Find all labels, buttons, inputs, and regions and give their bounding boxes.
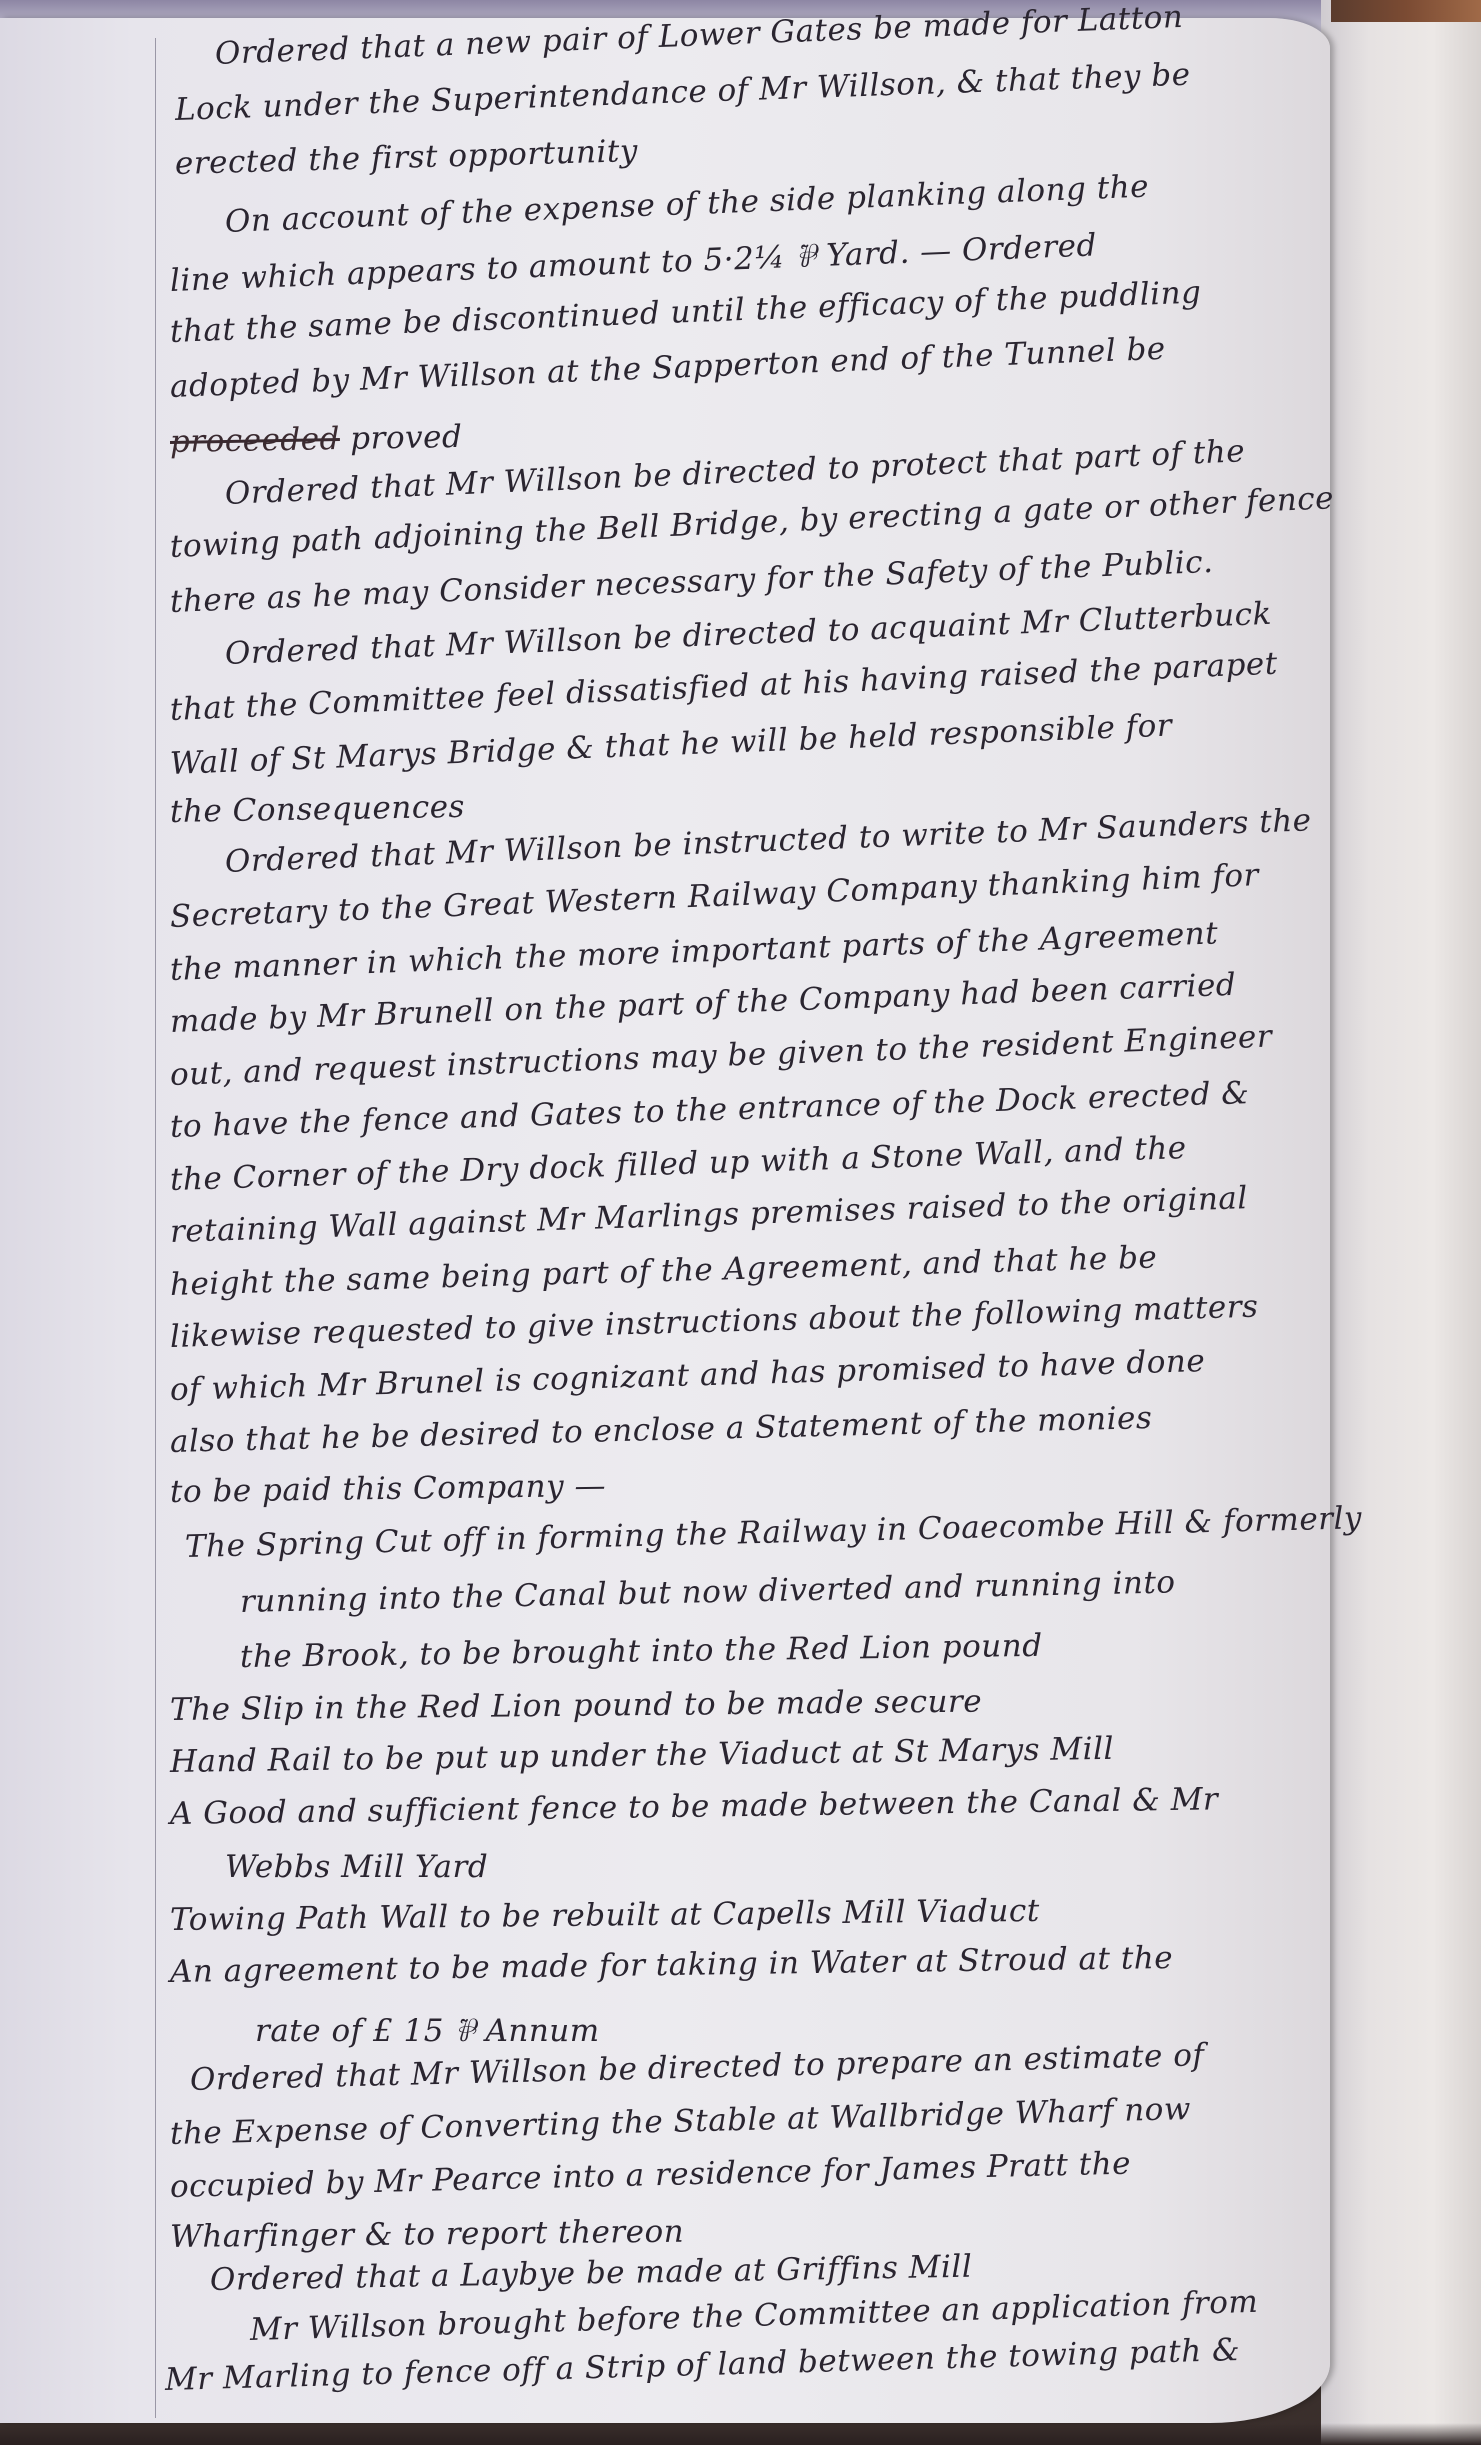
- manuscript-line: Towing Path Wall to be rebuilt at Capell…: [170, 1893, 1040, 1938]
- manuscript-line: Wharfinger & to report thereon: [170, 2214, 684, 2255]
- manuscript-line: to be paid this Company —: [170, 1468, 606, 1510]
- manuscript-line: A Good and sufficient fence to be made b…: [170, 1781, 1219, 1832]
- manuscript-line: of which Mr Brunel is cognizant and has …: [169, 1343, 1205, 1408]
- manuscript-line: rate of £ 15 ⅌ Annum: [255, 2009, 600, 2051]
- manuscript-line: the Brook, to be brought into the Red Li…: [240, 1628, 1043, 1675]
- manuscript-line: height the same being part of the Agreem…: [169, 1239, 1157, 1303]
- manuscript-line: likewise requested to give instructions …: [169, 1289, 1258, 1355]
- margin-rule: [155, 38, 156, 2418]
- manuscript-line: the Consequences: [170, 789, 466, 830]
- manuscript-line: running into the Canal but now diverted …: [240, 1564, 1176, 1620]
- background-bottom-shadow: [0, 2423, 1481, 2445]
- adjacent-page-edge: [1321, 0, 1481, 2445]
- manuscript-line: An agreement to be made for taking in Wa…: [170, 1940, 1174, 1990]
- manuscript-line: proceeded proved: [170, 419, 463, 460]
- manuscript-page: Ordered that a new pair of Lower Gates b…: [0, 18, 1330, 2423]
- book-cover-corner: [1331, 0, 1481, 22]
- manuscript-line: the Expense of Converting the Stable at …: [170, 2091, 1192, 2152]
- manuscript-line: Hand Rail to be put up under the Viaduct…: [170, 1731, 1114, 1780]
- manuscript-line: also that he be desired to enclose a Sta…: [170, 1400, 1153, 1460]
- manuscript-line: erected the first opportunity: [174, 133, 638, 182]
- manuscript-line: The Spring Cut off in forming the Railwa…: [185, 1500, 1363, 1565]
- manuscript-line: occupied by Mr Pearce into a residence f…: [170, 2146, 1132, 2205]
- manuscript-line: Webbs Mill Yard: [225, 1849, 488, 1885]
- manuscript-line: The Slip in the Red Lion pound to be mad…: [170, 1683, 982, 1728]
- struck-word: proceeded: [170, 421, 341, 460]
- manuscript-line: Ordered that a Laybye be made at Griffin…: [210, 2249, 973, 2298]
